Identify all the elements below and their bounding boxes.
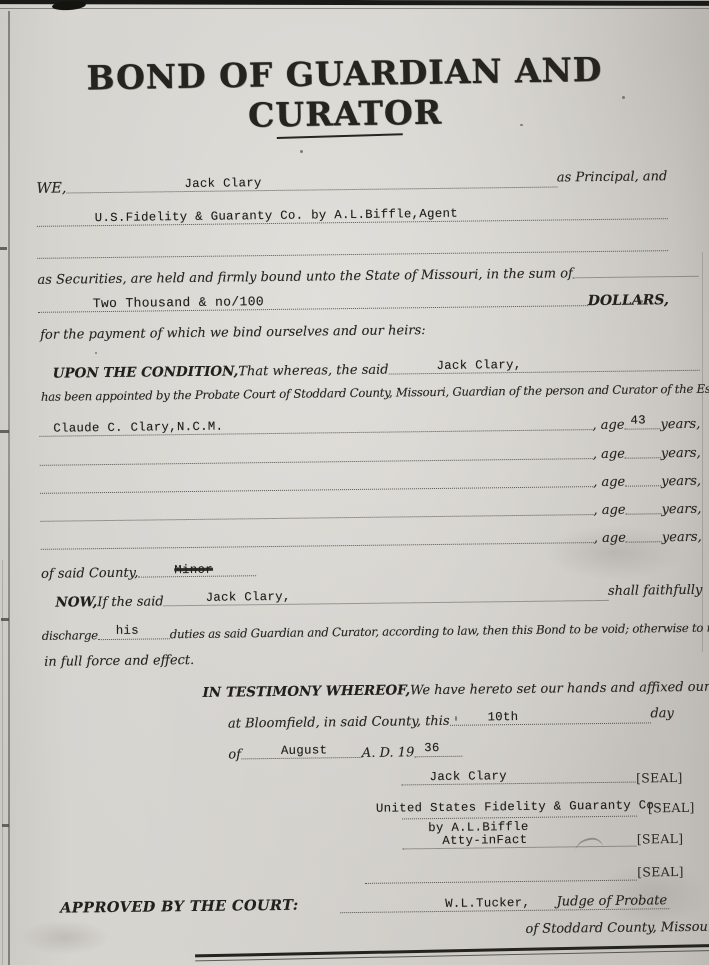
ward-name-field (40, 497, 593, 524)
condition-name-field: Jack Clary, (388, 353, 699, 377)
month-field: August (241, 740, 362, 761)
year-typed: 36 (424, 742, 440, 754)
age-label: , age (592, 419, 624, 432)
day-typed: 10th (487, 711, 518, 724)
county-text: of said County, (41, 567, 138, 581)
principal-suffix-label: as Principal, and (557, 170, 668, 184)
judge-field: W.L.Tucker, Judge of Probate (340, 891, 669, 915)
now-name-typed: Jack Clary, (206, 590, 291, 603)
whereas-text: That whereas, the said (238, 364, 388, 379)
amount-typed: Two Thousand & no/100 (93, 295, 264, 310)
securities-text: as Securities, are held and firmly bound… (37, 267, 572, 287)
testimony-text: We have hereto set our hands and affixed… (410, 680, 709, 697)
signature-1-typed: Jack Clary (430, 770, 507, 783)
age-typed: 43 (630, 414, 646, 426)
county-field: Minor (138, 558, 256, 579)
discharge-line: discharge his duties as said Guardian an… (42, 615, 703, 643)
sum-field (573, 259, 699, 281)
month-typed: August (281, 744, 328, 757)
judge-subtitle: of Stoddard County, Missouri. (525, 921, 709, 936)
county-line: of said County, Minor (41, 558, 256, 581)
age-field (625, 496, 661, 516)
ward-name-field (40, 469, 593, 496)
age-label: , age (593, 476, 625, 489)
day-field: 10th (449, 705, 650, 727)
ward-name-field: Claude C. Clary,N.C.M. (39, 412, 592, 439)
document-content: BOND OF GUARDIAN AND CURATOR WE, Jack Cl… (0, 0, 709, 965)
seal-label-3: [SEAL] (637, 833, 684, 846)
now-heading: NOW, (55, 596, 97, 610)
county-typed-struck: Minor (174, 563, 213, 576)
judge-line: W.L.Tucker, Judge of Probate (340, 891, 669, 915)
dollars-label: DOLLARS, (588, 293, 669, 308)
principal-line: WE, Jack Clary as Principal, and (36, 168, 667, 196)
ward-line-blank: , age years, (41, 524, 702, 552)
ad-label: A. D. 19 (362, 746, 415, 760)
age-label: , age (593, 448, 625, 461)
place-text: at Bloomfield, in said County, this (228, 715, 450, 731)
age-field (625, 440, 661, 460)
ward-name-typed: Claude C. Clary,N.C.M. (53, 420, 223, 434)
condition-name-typed: Jack Clary, (436, 359, 521, 372)
signature-line-4: [SEAL] (365, 862, 684, 886)
we-label: WE, (36, 181, 66, 196)
ward-line-blank: , age years, (40, 496, 701, 524)
now-name-field: Jack Clary, (164, 583, 609, 608)
surety-line: U.S.Fidelity & Guaranty Co. by A.L.Biffl… (37, 201, 668, 229)
amount-line: Two Thousand & no/100 DOLLARS, (38, 287, 669, 315)
document-title: BOND OF GUARDIAN AND CURATOR (0, 48, 695, 139)
condition-heading: UPON THE CONDITION, (53, 365, 239, 381)
principal-name-typed: Jack Clary (184, 177, 261, 190)
scanned-document-page: BOND OF GUARDIAN AND CURATOR WE, Jack Cl… (0, 0, 709, 965)
years-label: years, (661, 475, 701, 488)
ward-line-blank: , age years, (40, 468, 701, 496)
pronoun-typed: his (116, 624, 139, 637)
blank-line (37, 233, 668, 261)
condition-line: UPON THE CONDITION, That whereas, the sa… (38, 353, 699, 381)
year-field: 36 (414, 739, 462, 760)
testimony-line: IN TESTIMONY WHEREOF, We have hereto set… (202, 673, 709, 700)
place-line: at Bloomfield, in said County, this 10th… (228, 705, 674, 730)
discharge-text: discharge (42, 630, 98, 642)
age-label: , age (593, 504, 625, 517)
years-label: years, (660, 418, 700, 431)
force-text: in full force and effect. (44, 654, 194, 669)
faithfully-text: shall faithfully (608, 584, 703, 598)
age-field (626, 524, 662, 544)
signature-line-1: Jack Clary [SEAL] (401, 764, 682, 787)
judge-name-typed: W.L.Tucker, (445, 897, 530, 910)
of-label: of (228, 748, 241, 761)
securities-line: as Securities, are held and firmly bound… (37, 259, 698, 287)
amount-field: Two Thousand & no/100 (38, 288, 588, 315)
duties-text: duties as said Guardian and Curator, acc… (170, 623, 709, 642)
appointed-text: has been appointed by the Probate Court … (41, 384, 700, 404)
surety-name-field: U.S.Fidelity & Guaranty Co. by A.L.Biffl… (37, 201, 668, 229)
age-field: 43 (624, 411, 660, 431)
seal-label-1: [SEAL] (636, 772, 683, 785)
signature-line-3: [SEAL] (402, 828, 683, 851)
if-text: If the said (97, 595, 164, 609)
principal-name-field: Jack Clary (66, 170, 557, 196)
judge-title-label: Judge of Probate (556, 894, 667, 908)
signature-line-2 (402, 798, 683, 821)
age-field (625, 468, 661, 488)
signature-field-1: Jack Clary (401, 765, 636, 788)
seal-spacer (637, 818, 683, 819)
ward-name-field (41, 525, 594, 552)
blank-field (37, 233, 668, 261)
ward-line-blank: , age years, (40, 440, 701, 468)
age-label: , age (594, 532, 626, 545)
signature-field-2 (402, 799, 637, 822)
now-line: NOW, If the said Jack Clary, shall faith… (41, 582, 702, 610)
signature-field-4 (365, 863, 638, 886)
surety-name-typed: U.S.Fidelity & Guaranty Co. by A.L.Biffl… (95, 207, 458, 224)
pronoun-field: his (98, 621, 170, 642)
years-label: years, (661, 447, 701, 460)
years-label: years, (661, 503, 701, 516)
seal-label-4: [SEAL] (637, 866, 684, 879)
title-divider (277, 133, 403, 139)
day-label: day (650, 707, 674, 720)
approved-heading: APPROVED BY THE COURT: (60, 899, 299, 916)
testimony-heading: IN TESTIMONY WHEREOF, (202, 684, 410, 700)
years-label: years, (662, 531, 702, 544)
date-line: of August A. D. 19 36 (228, 739, 462, 762)
signature-field-3 (402, 829, 637, 852)
ward-name-field (40, 441, 593, 468)
ward-line: Claude C. Clary,N.C.M. , age 43 years, (39, 411, 700, 439)
payment-text: for the payment of which we bind ourselv… (40, 324, 426, 342)
